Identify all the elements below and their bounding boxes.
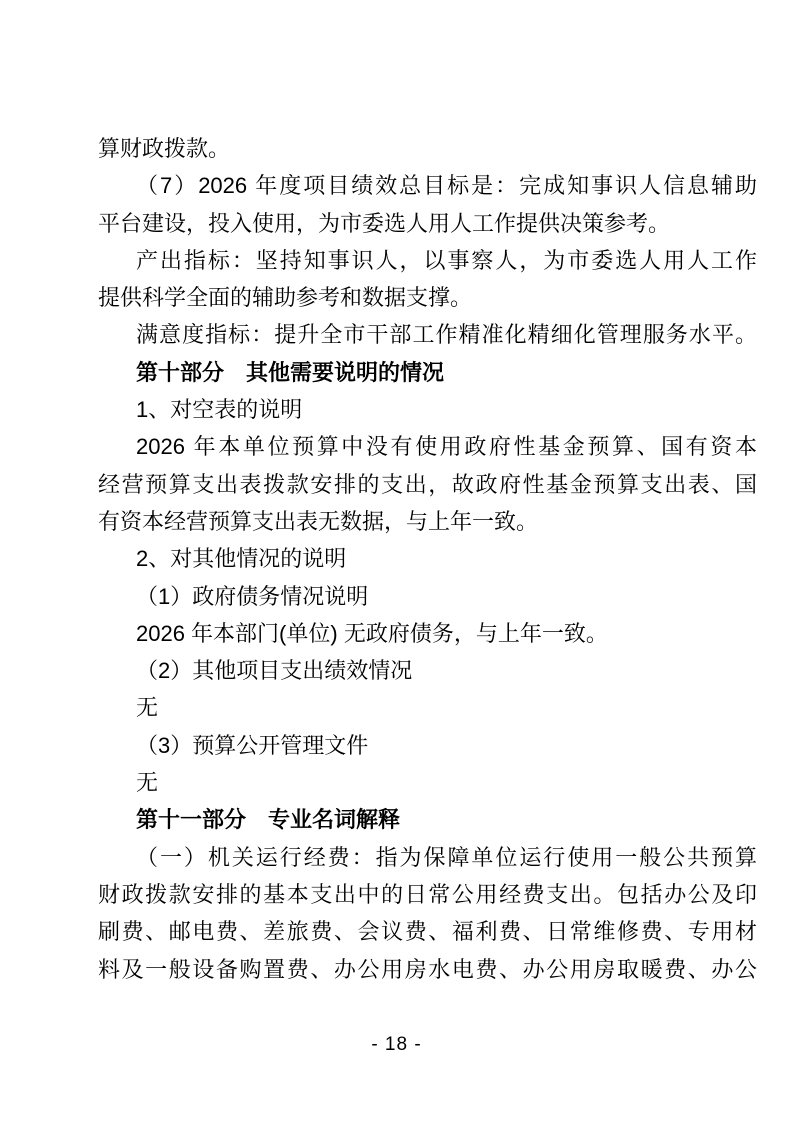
body-text-line: 料及一般设备购置费、办公用房水电费、办公用房取暖费、办公 xyxy=(98,951,757,988)
body-text-line: 有资本经营预算支出表无数据，与上年一致。 xyxy=(98,503,757,540)
body-text-line: 无 xyxy=(98,689,757,726)
body-text-line: 2026 年本部门(单位) 无政府债务，与上年一致。 xyxy=(98,615,757,652)
body-text-line: 财政拨款安排的基本支出中的日常公用经费支出。包括办公及印 xyxy=(98,876,757,913)
body-text-line: （7）2026 年度项目绩效总目标是：完成知事识人信息辅助 xyxy=(98,167,757,204)
section-11-heading: 第十一部分 专业名词解释 xyxy=(98,801,757,838)
body-text-line: 满意度指标：提升全市干部工作精准化精细化管理服务水平。 xyxy=(98,316,757,353)
page-number: - 18 - xyxy=(0,1034,793,1056)
body-text-line: 平台建设，投入使用，为市委选人用人工作提供决策参考。 xyxy=(98,205,757,242)
section-10-heading: 第十部分 其他需要说明的情况 xyxy=(98,354,757,391)
body-text-line: 算财政拨款。 xyxy=(98,130,757,167)
body-text-line: （2）其他项目支出绩效情况 xyxy=(98,652,757,689)
body-text-line: 刷费、邮电费、差旅费、会议费、福利费、日常维修费、专用材 xyxy=(98,913,757,950)
body-text-line: （1）政府债务情况说明 xyxy=(98,578,757,615)
body-text-line: 2026 年本单位预算中没有使用政府性基金预算、国有资本 xyxy=(98,428,757,465)
body-text-line: 2、对其他情况的说明 xyxy=(98,540,757,577)
body-text-line: 提供科学全面的辅助参考和数据支撑。 xyxy=(98,279,757,316)
body-text-line: 1、对空表的说明 xyxy=(98,391,757,428)
body-text-line: 经营预算支出表拨款安排的支出，故政府性基金预算支出表、国 xyxy=(98,466,757,503)
body-text-line: 无 xyxy=(98,764,757,801)
body-text-line: （3）预算公开管理文件 xyxy=(98,727,757,764)
document-page: 算财政拨款。 （7）2026 年度项目绩效总目标是：完成知事识人信息辅助 平台建… xyxy=(0,0,793,1121)
document-body: 算财政拨款。 （7）2026 年度项目绩效总目标是：完成知事识人信息辅助 平台建… xyxy=(98,130,757,988)
body-text-line: 产出指标：坚持知事识人，以事察人，为市委选人用人工作 xyxy=(98,242,757,279)
body-text-line: （一）机关运行经费：指为保障单位运行使用一般公共预算 xyxy=(98,839,757,876)
